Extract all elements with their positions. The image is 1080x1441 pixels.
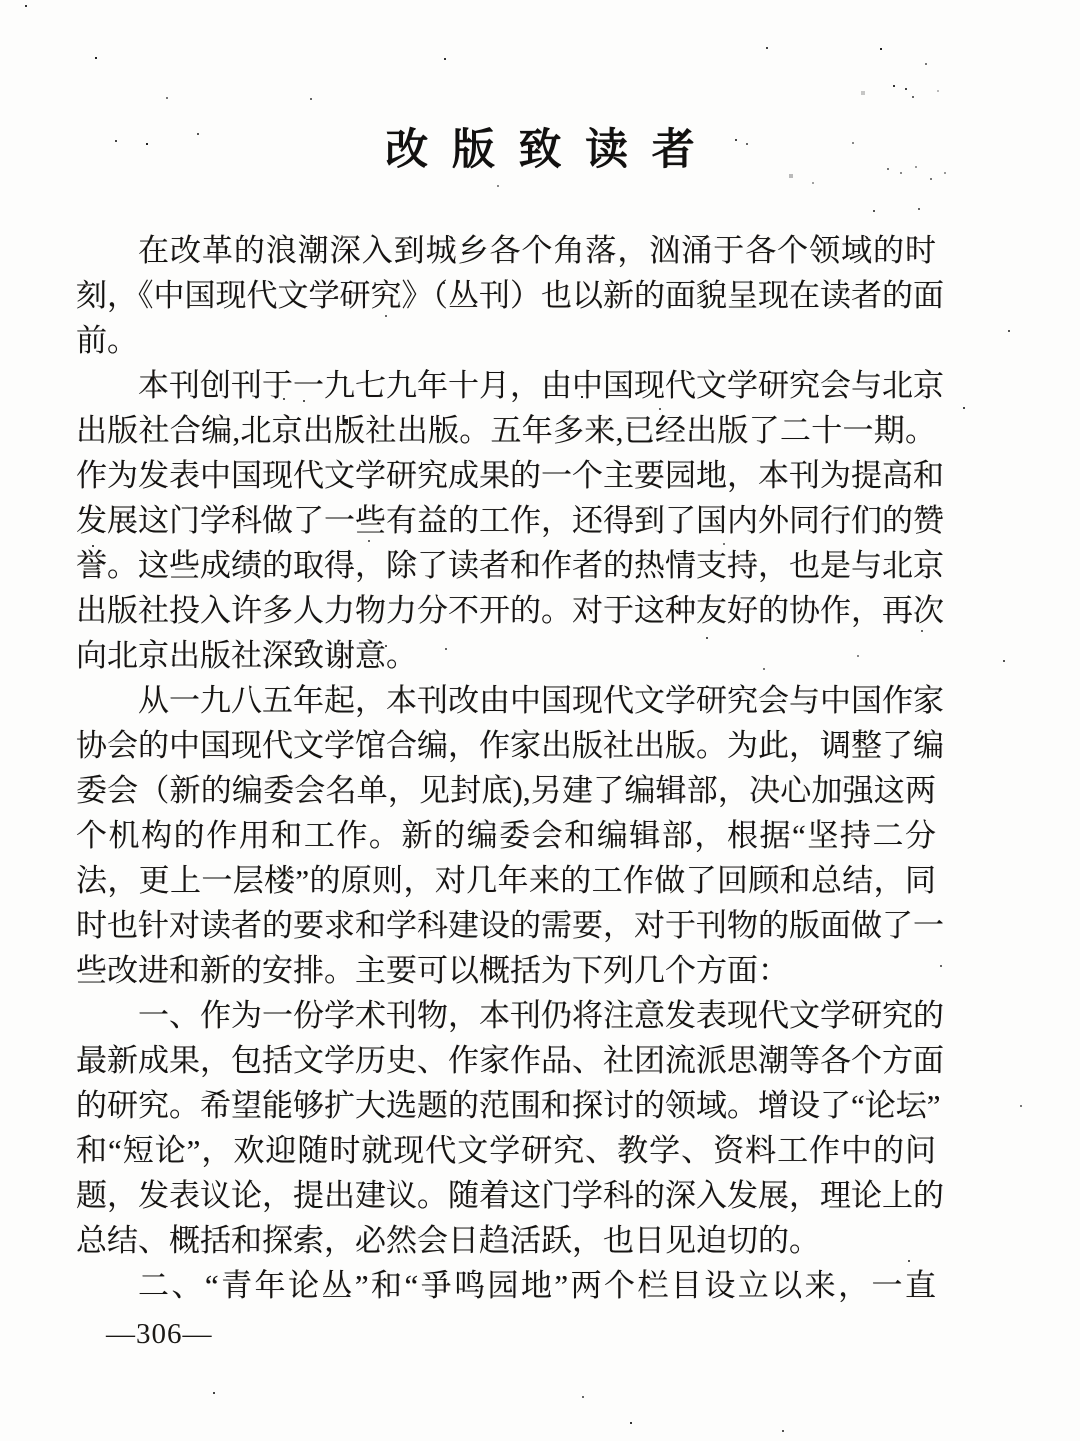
text-line: 二、“青年论丛”和“爭鸣园地”两个栏目设立以来，一直: [76, 1263, 936, 1308]
text-line: 协会的中国现代文学馆合编，作家出版社出版。为此，调整了编: [76, 723, 936, 768]
text-line: 出版社合编,北京出版社出版。五年多来,已经出版了二十一期。: [76, 408, 936, 453]
text-line: 在改革的浪潮深入到城乡各个角落，汹涌于各个领域的时: [76, 228, 936, 273]
paragraph: 二、“青年论丛”和“爭鸣园地”两个栏目设立以来，一直: [76, 1263, 936, 1308]
text-line: 总结、概括和探索，必然会日趋活跃，也日见迫切的。: [76, 1218, 936, 1263]
text-line: 的研究。希望能够扩大选题的范围和探讨的领域。增设了“论坛”: [76, 1083, 936, 1128]
text-line: 时也针对读者的要求和学科建设的需要，对于刊物的版面做了一: [76, 903, 936, 948]
paragraph: 从一九八五年起，本刊改由中国现代文学研究会与中国作家 协会的中国现代文学馆合编，…: [76, 678, 936, 993]
page-title: 改版致读者: [0, 0, 1080, 177]
paragraph: 本刊创刊于一九七九年十月，由中国现代文学研究会与北京 出版社合编,北京出版社出版…: [76, 363, 936, 678]
text-line: 委会（新的编委会名单，见封底),另建了编辑部，决心加强这两: [76, 768, 936, 813]
document-page: 改版致读者 在改革的浪潮深入到城乡各个角落，汹涌于各个领域的时 刻，《中国现代文…: [0, 0, 1080, 1441]
text-line: 刻，《中国现代文学研究》（丛刊）也以新的面貌呈现在读者的面: [76, 273, 936, 318]
text-line: 题，发表议论，提出建议。随着这门学科的深入发展，理论上的: [76, 1173, 936, 1218]
text-line: 个机构的作用和工作。新的编委会和编辑部，根据“坚持二分: [76, 813, 936, 858]
text-line: 一、作为一份学术刊物，本刊仍将注意发表现代文学研究的: [76, 993, 936, 1038]
text-line: 和“短论”，欢迎随时就现代文学研究、教学、资料工作中的问: [76, 1128, 936, 1173]
text-line: 前。: [76, 318, 936, 363]
document-body: 在改革的浪潮深入到城乡各个角落，汹涌于各个领域的时 刻，《中国现代文学研究》（丛…: [76, 228, 936, 1308]
paragraph: 一、作为一份学术刊物，本刊仍将注意发表现代文学研究的 最新成果，包括文学历史、作…: [76, 993, 936, 1263]
text-line: 出版社投入许多人力物力分不开的。对于这种友好的协作，再次: [76, 588, 936, 633]
paragraph: 在改革的浪潮深入到城乡各个角落，汹涌于各个领域的时 刻，《中国现代文学研究》（丛…: [76, 228, 936, 363]
text-line: 从一九八五年起，本刊改由中国现代文学研究会与中国作家: [76, 678, 936, 723]
text-line: 最新成果，包括文学历史、作家作品、社团流派思潮等各个方面: [76, 1038, 936, 1083]
text-line: 向北京出版社深致谢意。: [76, 633, 936, 678]
page-number: —306—: [106, 1318, 213, 1351]
text-line: 些改进和新的安排。主要可以概括为下列几个方面：: [76, 948, 936, 993]
text-line: 发展这门学科做了一些有益的工作，还得到了国内外同行们的赞: [76, 498, 936, 543]
text-line: 作为发表中国现代文学研究成果的一个主要园地，本刊为提高和: [76, 453, 936, 498]
text-line: 本刊创刊于一九七九年十月，由中国现代文学研究会与北京: [76, 363, 936, 408]
text-line: 法，更上一层楼”的原则，对几年来的工作做了回顾和总结，同: [76, 858, 936, 903]
text-line: 誉。这些成绩的取得，除了读者和作者的热情支持，也是与北京: [76, 543, 936, 588]
